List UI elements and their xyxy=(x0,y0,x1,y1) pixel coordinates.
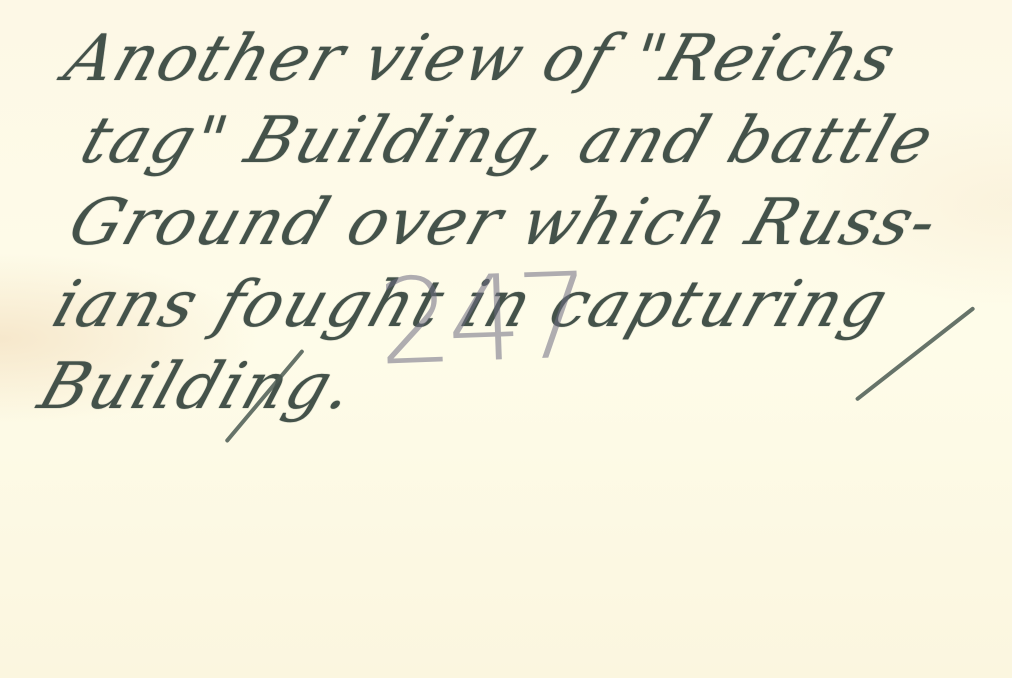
handwritten-line-2: tag" Building, and battle xyxy=(72,104,944,178)
handwritten-card: Another view of "Reichs tag" Building, a… xyxy=(0,0,1012,678)
handwritten-line-1: Another view of "Reichs xyxy=(56,22,906,96)
pencil-annotation-number: 247 xyxy=(376,246,588,391)
handwritten-line-5: Building. xyxy=(30,350,365,424)
